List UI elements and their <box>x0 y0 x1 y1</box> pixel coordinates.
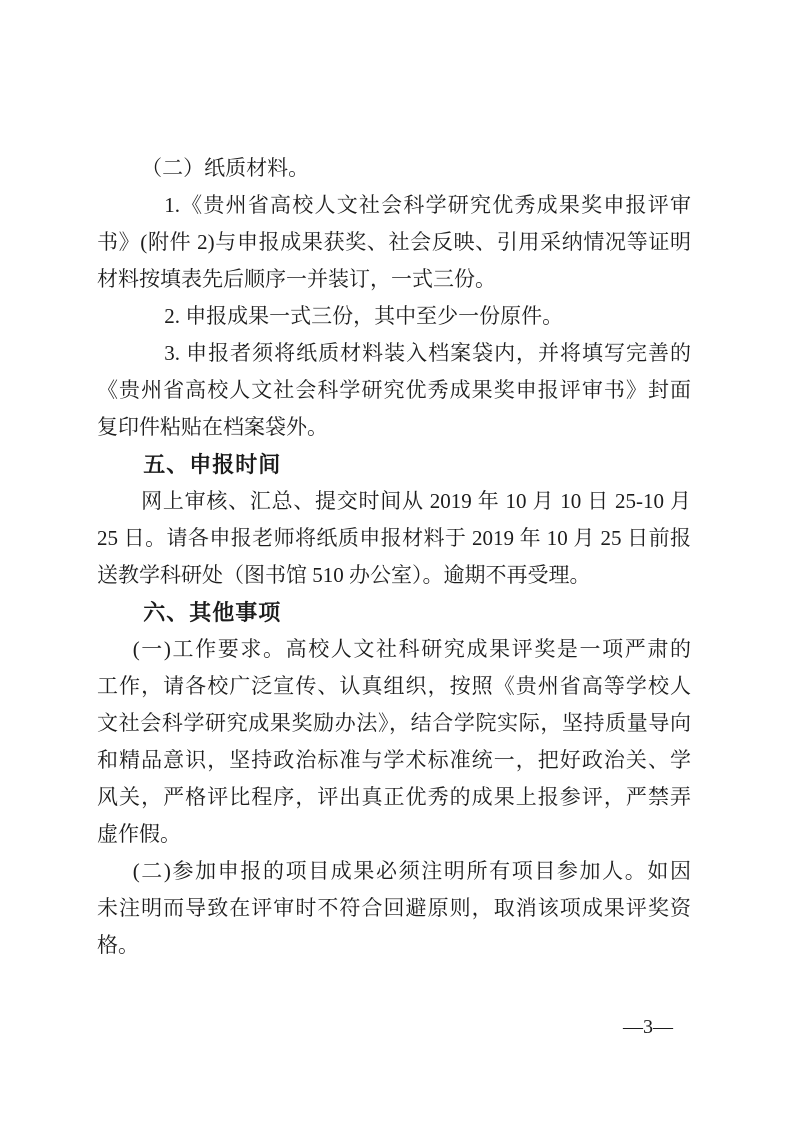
text-line: 和精品意识，坚持政治标准与学术标准统一，把好政治关、学 <box>97 742 691 779</box>
text-line: 材料按填表先后顺序一并装订，一式三份。 <box>97 261 691 298</box>
text-line: 《贵州省高校人文社会科学研究优秀成果奖申报评审书》封面 <box>97 372 691 409</box>
paragraph: 网上审核、汇总、提交时间从 2019 年 10 月 10 日 25-10 月25… <box>97 483 691 594</box>
paragraph: (二)参加申报的项目成果必须注明所有项目参加人。如因未注明而导致在评审时不符合回… <box>97 853 691 964</box>
text-line: 复印件粘贴在档案袋外。 <box>97 409 691 446</box>
text-line: 网上审核、汇总、提交时间从 2019 年 10 月 10 日 25-10 月 <box>97 483 691 520</box>
text-line: 五、申报时间 <box>97 446 691 483</box>
text-line: 工作，请各校广泛宣传、认真组织，按照《贵州省高等学校人 <box>97 668 691 705</box>
page-number: —3— <box>623 1016 673 1039</box>
section-heading: 五、申报时间 <box>97 446 691 483</box>
paragraph: 2. 申报成果一式三份，其中至少一份原件。 <box>97 298 691 335</box>
text-line: 2. 申报成果一式三份，其中至少一份原件。 <box>97 298 691 335</box>
document-page: （二）纸质材料。1.《贵州省高校人文社会科学研究优秀成果奖申报评审书》(附件 2… <box>0 0 793 1122</box>
paragraph: 1.《贵州省高校人文社会科学研究优秀成果奖申报评审书》(附件 2)与申报成果获奖… <box>97 187 691 298</box>
section-heading: 六、其他事项 <box>97 594 691 631</box>
text-line: 书》(附件 2)与申报成果获奖、社会反映、引用采纳情况等证明 <box>97 224 691 261</box>
text-line: 25 日。请各申报老师将纸质申报材料于 2019 年 10 月 25 日前报 <box>97 520 691 557</box>
text-line: 虚作假。 <box>97 816 691 853</box>
paragraph: （二）纸质材料。 <box>97 150 691 187</box>
text-line: 送教学科研处（图书馆 510 办公室）。逾期不再受理。 <box>97 557 691 594</box>
text-line: (二)参加申报的项目成果必须注明所有项目参加人。如因 <box>97 853 691 890</box>
text-line: 未注明而导致在评审时不符合回避原则，取消该项成果评奖资 <box>97 890 691 927</box>
text-line: 文社会科学研究成果奖励办法》，结合学院实际，坚持质量导向 <box>97 705 691 742</box>
paragraph: 3. 申报者须将纸质材料装入档案袋内，并将填写完善的《贵州省高校人文社会科学研究… <box>97 335 691 446</box>
text-line: (一)工作要求。高校人文社科研究成果评奖是一项严肃的 <box>97 631 691 668</box>
paragraph: (一)工作要求。高校人文社科研究成果评奖是一项严肃的工作，请各校广泛宣传、认真组… <box>97 631 691 853</box>
text-line: 六、其他事项 <box>97 594 691 631</box>
text-line: 1.《贵州省高校人文社会科学研究优秀成果奖申报评审 <box>97 187 691 224</box>
text-line: 格。 <box>97 927 691 964</box>
document-body: （二）纸质材料。1.《贵州省高校人文社会科学研究优秀成果奖申报评审书》(附件 2… <box>97 150 691 964</box>
text-line: （二）纸质材料。 <box>97 150 691 187</box>
text-line: 风关，严格评比程序，评出真正优秀的成果上报参评，严禁弄 <box>97 779 691 816</box>
text-line: 3. 申报者须将纸质材料装入档案袋内，并将填写完善的 <box>97 335 691 372</box>
